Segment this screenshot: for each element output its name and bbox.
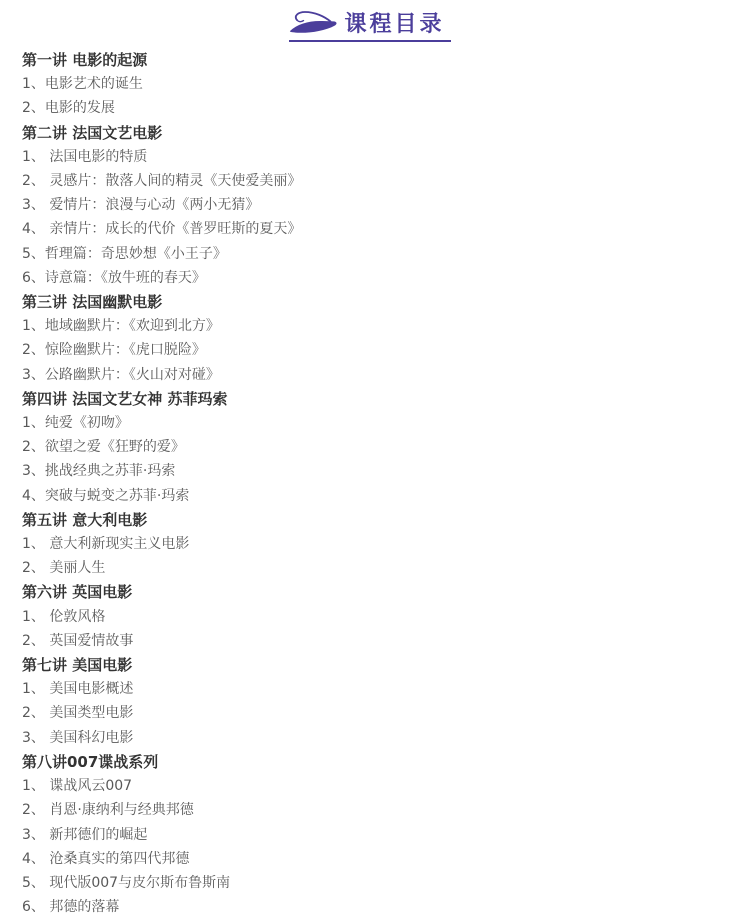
toc-item: 1、电影艺术的诞生 — [22, 72, 720, 96]
toc-item: 4、突破与蜕变之苏菲·玛索 — [22, 484, 720, 508]
toc-item: 5、哲理篇：奇思妙想《小王子》 — [22, 242, 720, 266]
catalog-header-inner: 课程目录 — [289, 9, 450, 42]
toc-item: 1、 法国电影的特质 — [22, 145, 720, 169]
toc-item: 3、 爱情片：浪漫与心动《两小无猜》 — [22, 193, 720, 217]
catalog-header: 课程目录 — [0, 0, 740, 42]
toc-item: 1、纯爱《初吻》 — [22, 411, 720, 435]
section-title-6: 第六讲 英国电影 — [22, 580, 720, 604]
toc-item: 2、 灵感片：散落人间的精灵《天使爱美丽》 — [22, 169, 720, 193]
section-title-7: 第七讲 美国电影 — [22, 653, 720, 677]
toc-item: 2、电影的发展 — [22, 96, 720, 120]
toc-item: 2、 美国类型电影 — [22, 701, 720, 725]
toc-item: 2、 英国爱情故事 — [22, 629, 720, 653]
ribbon-swoosh-icon — [289, 9, 339, 36]
page-title: 课程目录 — [344, 13, 444, 37]
toc-item: 3、公路幽默片：《火山对对碰》 — [22, 363, 720, 387]
toc-item: 1、地域幽默片：《欢迎到北方》 — [22, 314, 720, 338]
toc-item: 3、 美国科幻电影 — [22, 726, 720, 750]
toc-item: 2、惊险幽默片：《虎口脱险》 — [22, 338, 720, 362]
toc-item: 1、 谍战风云007 — [22, 774, 720, 798]
section-title-5: 第五讲 意大利电影 — [22, 508, 720, 532]
toc-item: 1、 意大利新现实主义电影 — [22, 532, 720, 556]
toc-item: 1、 美国电影概述 — [22, 677, 720, 701]
toc-item: 1、 伦敦风格 — [22, 605, 720, 629]
toc-item: 2、 美丽人生 — [22, 556, 720, 580]
section-title-2: 第二讲 法国文艺电影 — [22, 121, 720, 145]
section-title-8: 第八讲007谍战系列 — [22, 750, 720, 774]
toc-item: 6、诗意篇：《放牛班的春天》 — [22, 266, 720, 290]
section-title-1: 第一讲 电影的起源 — [22, 48, 720, 72]
course-catalog-page: 课程目录 第一讲 电影的起源 1、电影艺术的诞生 2、电影的发展 第二讲 法国文… — [0, 0, 740, 921]
toc-item: 4、 亲情片：成长的代价《普罗旺斯的夏天》 — [22, 217, 720, 241]
toc-item: 2、 肖恩·康纳利与经典邦德 — [22, 798, 720, 822]
toc-item: 3、挑战经典之苏菲·玛索 — [22, 459, 720, 483]
toc-item: 5、 现代版007与皮尔斯布鲁斯南 — [22, 871, 720, 895]
toc-item: 6、 邦德的落幕 — [22, 895, 720, 919]
section-title-3: 第三讲 法国幽默电影 — [22, 290, 720, 314]
toc-item: 4、 沧桑真实的第四代邦德 — [22, 847, 720, 871]
toc-item: 3、 新邦德们的崛起 — [22, 823, 720, 847]
toc-item: 2、欲望之爱《狂野的爱》 — [22, 435, 720, 459]
table-of-contents: 第一讲 电影的起源 1、电影艺术的诞生 2、电影的发展 第二讲 法国文艺电影 1… — [0, 42, 740, 919]
section-title-4: 第四讲 法国文艺女神 苏菲玛索 — [22, 387, 720, 411]
